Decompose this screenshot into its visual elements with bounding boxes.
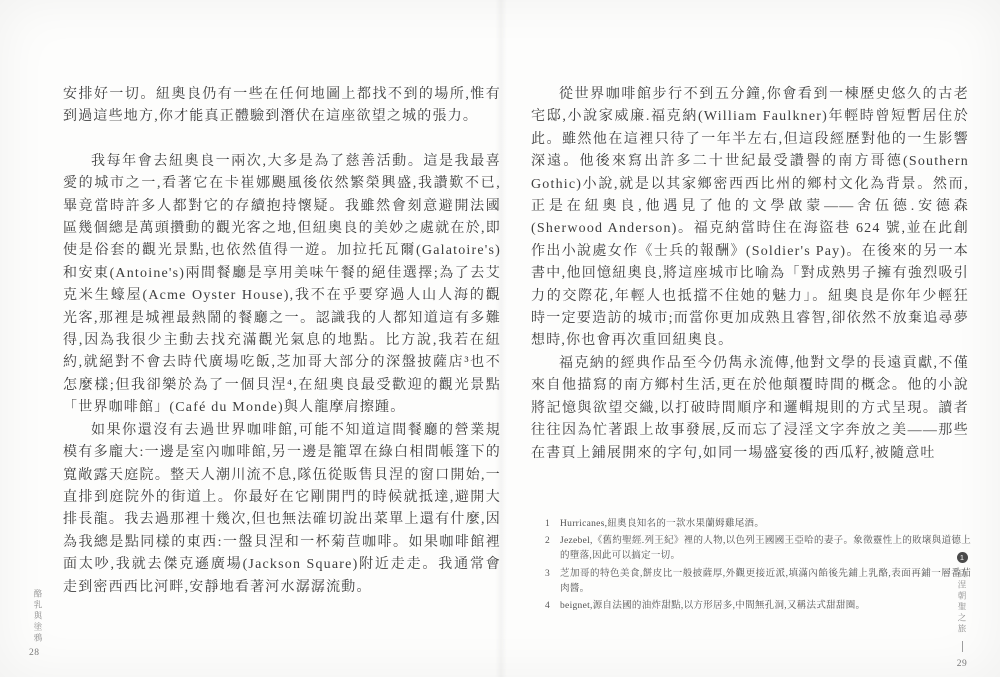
footnote-text: Jezebel,《舊約聖經.列王紀》裡的人物,以色列王國國王亞哈的妻子。象徵靈性… xyxy=(560,534,971,564)
book-spine-title: 酪乳與塗鴉 xyxy=(32,589,44,644)
page-left-body-text: 安排好一切。紐奧良仍有一些在任何地圖上都找不到的場所,惟有到過這些地方,你才能真… xyxy=(63,84,501,599)
footnote-row: 4 beignet,源自法國的油炸甜點,以方形居多,中間無孔洞,又稱法式甜甜圈。 xyxy=(545,599,971,614)
book-spread: 安排好一切。紐奧良仍有一些在任何地圖上都找不到的場所,惟有到過這些地方,你才能真… xyxy=(0,0,1000,677)
page-number-left: 28 xyxy=(29,648,40,658)
chapter-title: 貝涅朝聖之旅 xyxy=(956,569,968,635)
footnote-row: 3 芝加哥的特色美食,餅皮比一般披薩厚,外觀更接近派,填滿內餡後先鋪上乳酪,表面… xyxy=(545,567,971,597)
paragraph: 安排好一切。紐奧良仍有一些在任何地圖上都找不到的場所,惟有到過這些地方,你才能真… xyxy=(63,84,501,129)
footnote-number: 3 xyxy=(545,567,560,597)
footnote-text: Hurricanes,紐奧良知名的一款水果蘭姆雞尾酒。 xyxy=(560,517,971,532)
footnote-text: 芝加哥的特色美食,餅皮比一般披薩厚,外觀更接近派,填滿內餡後先鋪上乳酪,表面再鋪… xyxy=(560,567,971,597)
paragraph: 如果你還沒有去過世界咖啡館,可能不知道這間餐廳的營業規模有多龐大:一邊是室內咖啡… xyxy=(63,420,501,599)
footnote-row: 1 Hurricanes,紐奧良知名的一款水果蘭姆雞尾酒。 xyxy=(545,517,971,532)
footnote-number: 1 xyxy=(545,517,560,532)
footnotes-section: 1 Hurricanes,紐奧良知名的一款水果蘭姆雞尾酒。 2 Jezebel,… xyxy=(545,517,971,616)
right-page-footer: 1 貝涅朝聖之旅 29 xyxy=(953,552,971,669)
footnote-number: 2 xyxy=(545,534,560,564)
paragraph: 我每年會去紐奧良一兩次,大多是為了慈善活動。這是我最喜愛的城市之一,看著它在卡崔… xyxy=(63,151,501,420)
footnote-number: 4 xyxy=(545,599,560,614)
footer-divider xyxy=(962,641,963,652)
page-right-body-text: 從世界咖啡館步行不到五分鐘,你會看到一棟歷史悠久的古老宅邸,小說家威廉.福克納(… xyxy=(531,84,969,465)
footnote-row: 2 Jezebel,《舊約聖經.列王紀》裡的人物,以色列王國國王亞哈的妻子。象徵… xyxy=(545,534,971,564)
paragraph: 福克納的經典作品至今仍雋永流傳,他對文學的長遠貢獻,不僅來自他描寫的南方鄉村生活… xyxy=(531,353,969,465)
footnote-text: beignet,源自法國的油炸甜點,以方形居多,中間無孔洞,又稱法式甜甜圈。 xyxy=(560,599,971,614)
chapter-number-badge: 1 xyxy=(957,552,968,563)
paragraph: 從世界咖啡館步行不到五分鐘,你會看到一棟歷史悠久的古老宅邸,小說家威廉.福克納(… xyxy=(531,84,969,353)
page-number-right: 29 xyxy=(957,659,968,669)
left-page-footer: 酪乳與塗鴉 xyxy=(30,589,46,644)
